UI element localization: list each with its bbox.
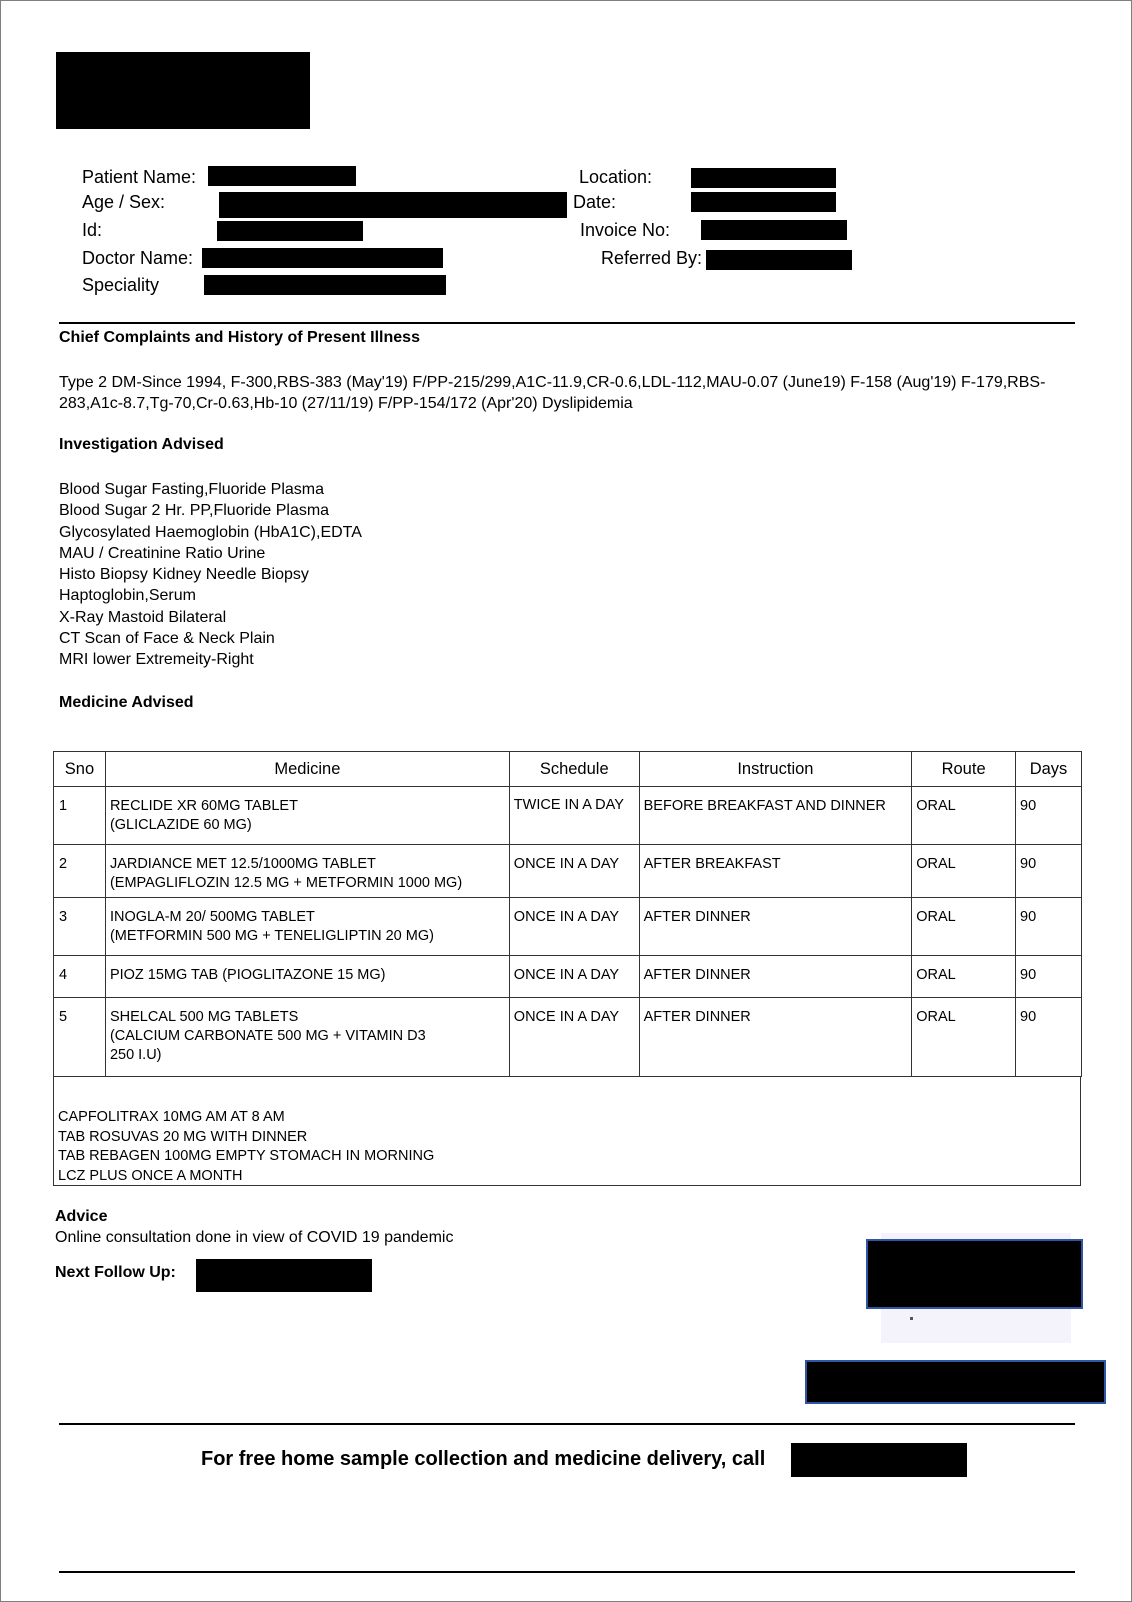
header-divider	[59, 322, 1075, 324]
medicine-note: LCZ PLUS ONCE A MONTH	[58, 1167, 434, 1187]
doctor-name-value-redacted	[202, 248, 443, 268]
medicine-cell: INOGLA-M 20/ 500MG TABLET(METFORMIN 500 …	[105, 898, 509, 956]
table-row: 4 PIOZ 15MG TAB (PIOGLITAZONE 15 MG) ONC…	[54, 956, 1082, 998]
days-cell: 90	[1016, 845, 1082, 898]
referred-by-value-redacted	[706, 250, 852, 270]
col-instruction: Instruction	[639, 752, 912, 787]
medicine-cell: RECLIDE XR 60MG TABLET(GLICLAZIDE 60 MG)	[105, 787, 509, 845]
signature-redacted	[866, 1239, 1083, 1309]
schedule-cell: ONCE IN A DAY	[509, 845, 639, 898]
sno-cell: 1	[54, 787, 106, 845]
next-follow-up-value-redacted	[196, 1259, 372, 1292]
instruction-cell: AFTER BREAKFAST	[639, 845, 912, 898]
sno-cell: 4	[54, 956, 106, 998]
days-cell: 90	[1016, 898, 1082, 956]
schedule-cell: ONCE IN A DAY	[509, 956, 639, 998]
route-cell: ORAL	[912, 787, 1016, 845]
investigation-item: Blood Sugar Fasting,Fluoride Plasma	[59, 479, 362, 500]
investigation-item: X-Ray Mastoid Bilateral	[59, 607, 362, 628]
chief-complaints-text: Type 2 DM-Since 1994, F-300,RBS-383 (May…	[59, 372, 1079, 414]
investigation-item: CT Scan of Face & Neck Plain	[59, 628, 362, 649]
chief-complaints-title: Chief Complaints and History of Present …	[59, 329, 420, 347]
instruction-cell: AFTER DINNER	[639, 998, 912, 1077]
instruction-cell: AFTER DINNER	[639, 898, 912, 956]
days-cell: 90	[1016, 956, 1082, 998]
next-follow-up-label: Next Follow Up:	[55, 1264, 176, 1282]
table-row: 5 SHELCAL 500 MG TABLETS(CALCIUM CARBONA…	[54, 998, 1082, 1077]
medicine-note: TAB ROSUVAS 20 MG WITH DINNER	[58, 1128, 434, 1148]
schedule-cell: ONCE IN A DAY	[509, 998, 639, 1077]
col-route: Route	[912, 752, 1016, 787]
patient-name-value-redacted	[208, 166, 356, 186]
investigation-item: MRI lower Extremeity-Right	[59, 649, 362, 670]
clinic-logo-redacted	[56, 52, 310, 129]
medicine-note: TAB REBAGEN 100MG EMPTY STOMACH IN MORNI…	[58, 1147, 434, 1167]
schedule-cell: ONCE IN A DAY	[509, 898, 639, 956]
investigation-item: Haptoglobin,Serum	[59, 585, 362, 606]
medicine-name: RECLIDE XR 60MG TABLET	[110, 797, 505, 816]
col-medicine: Medicine	[105, 752, 509, 787]
col-sno: Sno	[54, 752, 106, 787]
speciality-value-redacted	[204, 275, 446, 295]
investigation-title: Investigation Advised	[59, 436, 224, 454]
footer-text: For free home sample collection and medi…	[201, 1448, 765, 1471]
stamp-mark	[910, 1317, 913, 1320]
medicine-composition: (CALCIUM CARBONATE 500 MG + VITAMIN D3 2…	[110, 1027, 450, 1065]
investigation-item: Blood Sugar 2 Hr. PP,Fluoride Plasma	[59, 500, 362, 521]
table-row: 1 RECLIDE XR 60MG TABLET(GLICLAZIDE 60 M…	[54, 787, 1082, 845]
medicine-composition: (GLICLAZIDE 60 MG)	[110, 816, 505, 835]
footer-phone-redacted	[791, 1443, 967, 1477]
medicine-note: CAPFOLITRAX 10MG AM AT 8 AM	[58, 1108, 434, 1128]
advice-text: Online consultation done in view of COVI…	[55, 1229, 453, 1247]
sno-cell: 2	[54, 845, 106, 898]
medicine-name: PIOZ 15MG TAB (PIOGLITAZONE 15 MG)	[110, 966, 505, 985]
date-value-redacted	[691, 192, 836, 212]
investigation-item: MAU / Creatinine Ratio Urine	[59, 543, 362, 564]
schedule-cell: TWICE IN A DAY	[509, 787, 639, 845]
footer-divider-top	[59, 1423, 1075, 1425]
doctor-signature-name-redacted	[805, 1360, 1106, 1404]
instruction-cell: AFTER DINNER	[639, 956, 912, 998]
patient-name-label: Patient Name:	[82, 167, 196, 188]
location-value-redacted	[691, 168, 836, 188]
col-schedule: Schedule	[509, 752, 639, 787]
sno-cell: 3	[54, 898, 106, 956]
medicine-name: JARDIANCE MET 12.5/1000MG TABLET	[110, 855, 505, 874]
route-cell: ORAL	[912, 998, 1016, 1077]
id-value-redacted	[217, 221, 363, 241]
medicine-name: SHELCAL 500 MG TABLETS	[110, 1008, 505, 1027]
doctor-name-label: Doctor Name:	[82, 248, 193, 269]
age-sex-label: Age / Sex:	[82, 192, 165, 213]
age-sex-value-redacted	[219, 192, 567, 218]
referred-by-label: Referred By:	[601, 248, 702, 269]
route-cell: ORAL	[912, 845, 1016, 898]
medicine-cell: PIOZ 15MG TAB (PIOGLITAZONE 15 MG)	[105, 956, 509, 998]
route-cell: ORAL	[912, 956, 1016, 998]
route-cell: ORAL	[912, 898, 1016, 956]
col-days: Days	[1016, 752, 1082, 787]
invoice-no-label: Invoice No:	[580, 220, 670, 241]
footer-divider-bottom	[59, 1571, 1075, 1573]
location-label: Location:	[579, 167, 652, 188]
date-label: Date:	[573, 192, 616, 213]
invoice-no-value-redacted	[701, 220, 847, 240]
speciality-label: Speciality	[82, 275, 159, 296]
instruction-cell: BEFORE BREAKFAST AND DINNER	[639, 787, 912, 845]
investigation-list: Blood Sugar Fasting,Fluoride Plasma Bloo…	[59, 479, 362, 671]
days-cell: 90	[1016, 998, 1082, 1077]
id-label: Id:	[82, 220, 102, 241]
table-row: 2 JARDIANCE MET 12.5/1000MG TABLET(EMPAG…	[54, 845, 1082, 898]
days-cell: 90	[1016, 787, 1082, 845]
investigation-item: Histo Biopsy Kidney Needle Biopsy	[59, 564, 362, 585]
medicine-table-header: Sno Medicine Schedule Instruction Route …	[54, 752, 1082, 787]
sno-cell: 5	[54, 998, 106, 1077]
medicine-cell: JARDIANCE MET 12.5/1000MG TABLET(EMPAGLI…	[105, 845, 509, 898]
medicine-composition: (METFORMIN 500 MG + TENELIGLIPTIN 20 MG)	[110, 927, 505, 946]
medicine-cell: SHELCAL 500 MG TABLETS(CALCIUM CARBONATE…	[105, 998, 509, 1077]
medicine-composition: (EMPAGLIFLOZIN 12.5 MG + METFORMIN 1000 …	[110, 874, 505, 893]
medicine-name: INOGLA-M 20/ 500MG TABLET	[110, 908, 505, 927]
medicine-title: Medicine Advised	[59, 694, 194, 712]
medicine-notes-box: CAPFOLITRAX 10MG AM AT 8 AM TAB ROSUVAS …	[53, 1076, 1081, 1186]
investigation-item: Glycosylated Haemoglobin (HbA1C),EDTA	[59, 522, 362, 543]
medicine-notes: CAPFOLITRAX 10MG AM AT 8 AM TAB ROSUVAS …	[58, 1108, 434, 1186]
medicine-table: Sno Medicine Schedule Instruction Route …	[53, 751, 1082, 1077]
table-row: 3 INOGLA-M 20/ 500MG TABLET(METFORMIN 50…	[54, 898, 1082, 956]
advice-title: Advice	[55, 1208, 107, 1226]
prescription-page: Patient Name: Age / Sex: Id: Doctor Name…	[0, 0, 1132, 1602]
